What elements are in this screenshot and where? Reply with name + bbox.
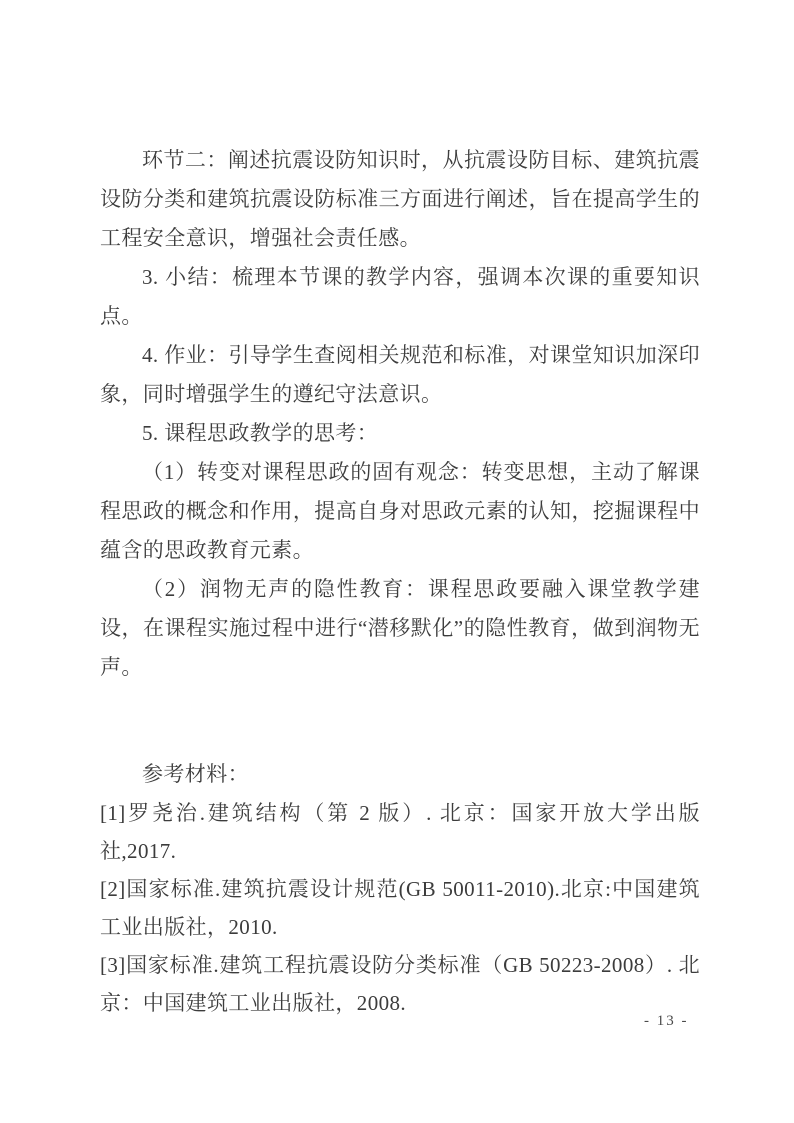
reference-item-1: [1]罗尧治.建筑结构（第 2 版）. 北京：国家开放大学出版社,2017. [100,794,700,870]
paragraph-reflection-item-1: （1）转变对课程思政的固有观念：转变思想，主动了解课程思政的概念和作用，提高自身… [100,453,700,570]
paragraph-summary: 3. 小结：梳理本节课的教学内容，强调本次课的重要知识点。 [100,258,700,336]
reference-item-3: [3]国家标准.建筑工程抗震设防分类标准（GB 50223-2008）. 北京：… [100,946,700,1022]
paragraph-step-two: 环节二：阐述抗震设防知识时，从抗震设防目标、建筑抗震设防分类和建筑抗震设防标准三… [100,141,700,258]
page-number: - 13 - [644,1013,689,1030]
paragraph-homework: 4. 作业：引导学生查阅相关规范和标准，对课堂知识加深印象，同时增强学生的遵纪守… [100,336,700,414]
paragraph-reflection-item-2: （2）润物无声的隐性教育：课程思政要融入课堂教学建设，在课程实施过程中进行“潜移… [100,570,700,687]
references-heading: 参考材料： [100,755,700,794]
document-page: 环节二：阐述抗震设防知识时，从抗震设防目标、建筑抗震设防分类和建筑抗震设防标准三… [0,0,794,1123]
reference-item-2: [2]国家标准.建筑抗震设计规范(GB 50011-2010).北京:中国建筑工… [100,870,700,946]
document-body: 环节二：阐述抗震设防知识时，从抗震设防目标、建筑抗震设防分类和建筑抗震设防标准三… [100,141,700,1022]
paragraph-reflection-heading: 5. 课程思政教学的思考： [100,414,700,453]
